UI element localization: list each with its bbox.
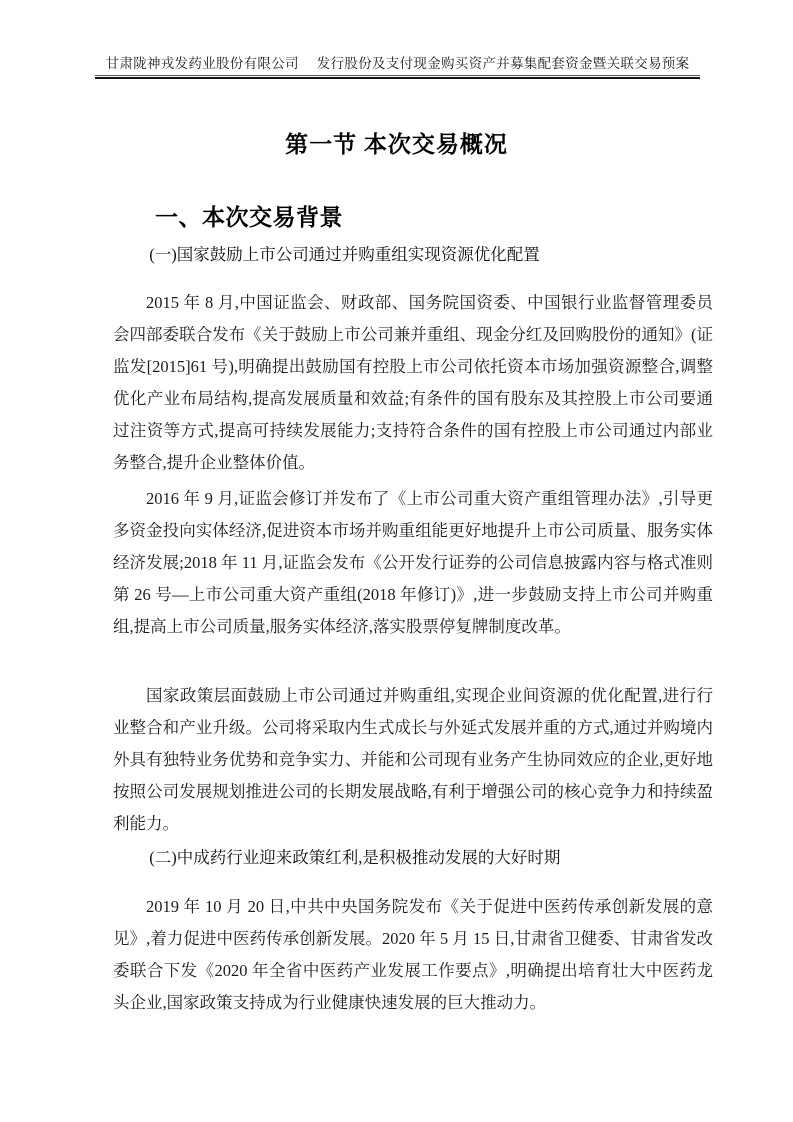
header-divider-rule [95, 75, 700, 79]
chapter-title: 第一节 本次交易概况 [0, 126, 793, 159]
subsection-heading-1: (一)国家鼓励上市公司通过并购重组实现资源优化配置 [113, 243, 713, 267]
paragraph: 2016 年 9 月,证监会修订并发布了《上市公司重大资产重组管理办法》,引导更… [113, 483, 713, 643]
paragraph: 国家政策层面鼓励上市公司通过并购重组,实现企业间资源的优化配置,进行行业整合和产… [113, 680, 713, 840]
header-doc-title: 发行股份及支付现金购买资产并募集配套资金暨关联交易预案 [317, 55, 690, 72]
document-page: 甘肃陇神戎发药业股份有限公司 发行股份及支付现金购买资产并募集配套资金暨关联交易… [0, 0, 793, 1122]
subsection-heading-2: (二)中成药行业迎来政策红利,是积极推动发展的大好时期 [113, 846, 713, 870]
paragraph: 2019 年 10 月 20 日,中共中央国务院发布《关于促进中医药传承创新发展… [113, 891, 713, 1019]
section-heading-background: 一、本次交易背景 [155, 199, 343, 232]
header-company-name: 甘肃陇神戎发药业股份有限公司 [106, 55, 299, 72]
running-header: 甘肃陇神戎发药业股份有限公司 发行股份及支付现金购买资产并募集配套资金暨关联交易… [95, 55, 700, 72]
paragraph: 2015 年 8 月,中国证监会、财政部、国务院国资委、中国银行业监督管理委员会… [113, 287, 713, 479]
